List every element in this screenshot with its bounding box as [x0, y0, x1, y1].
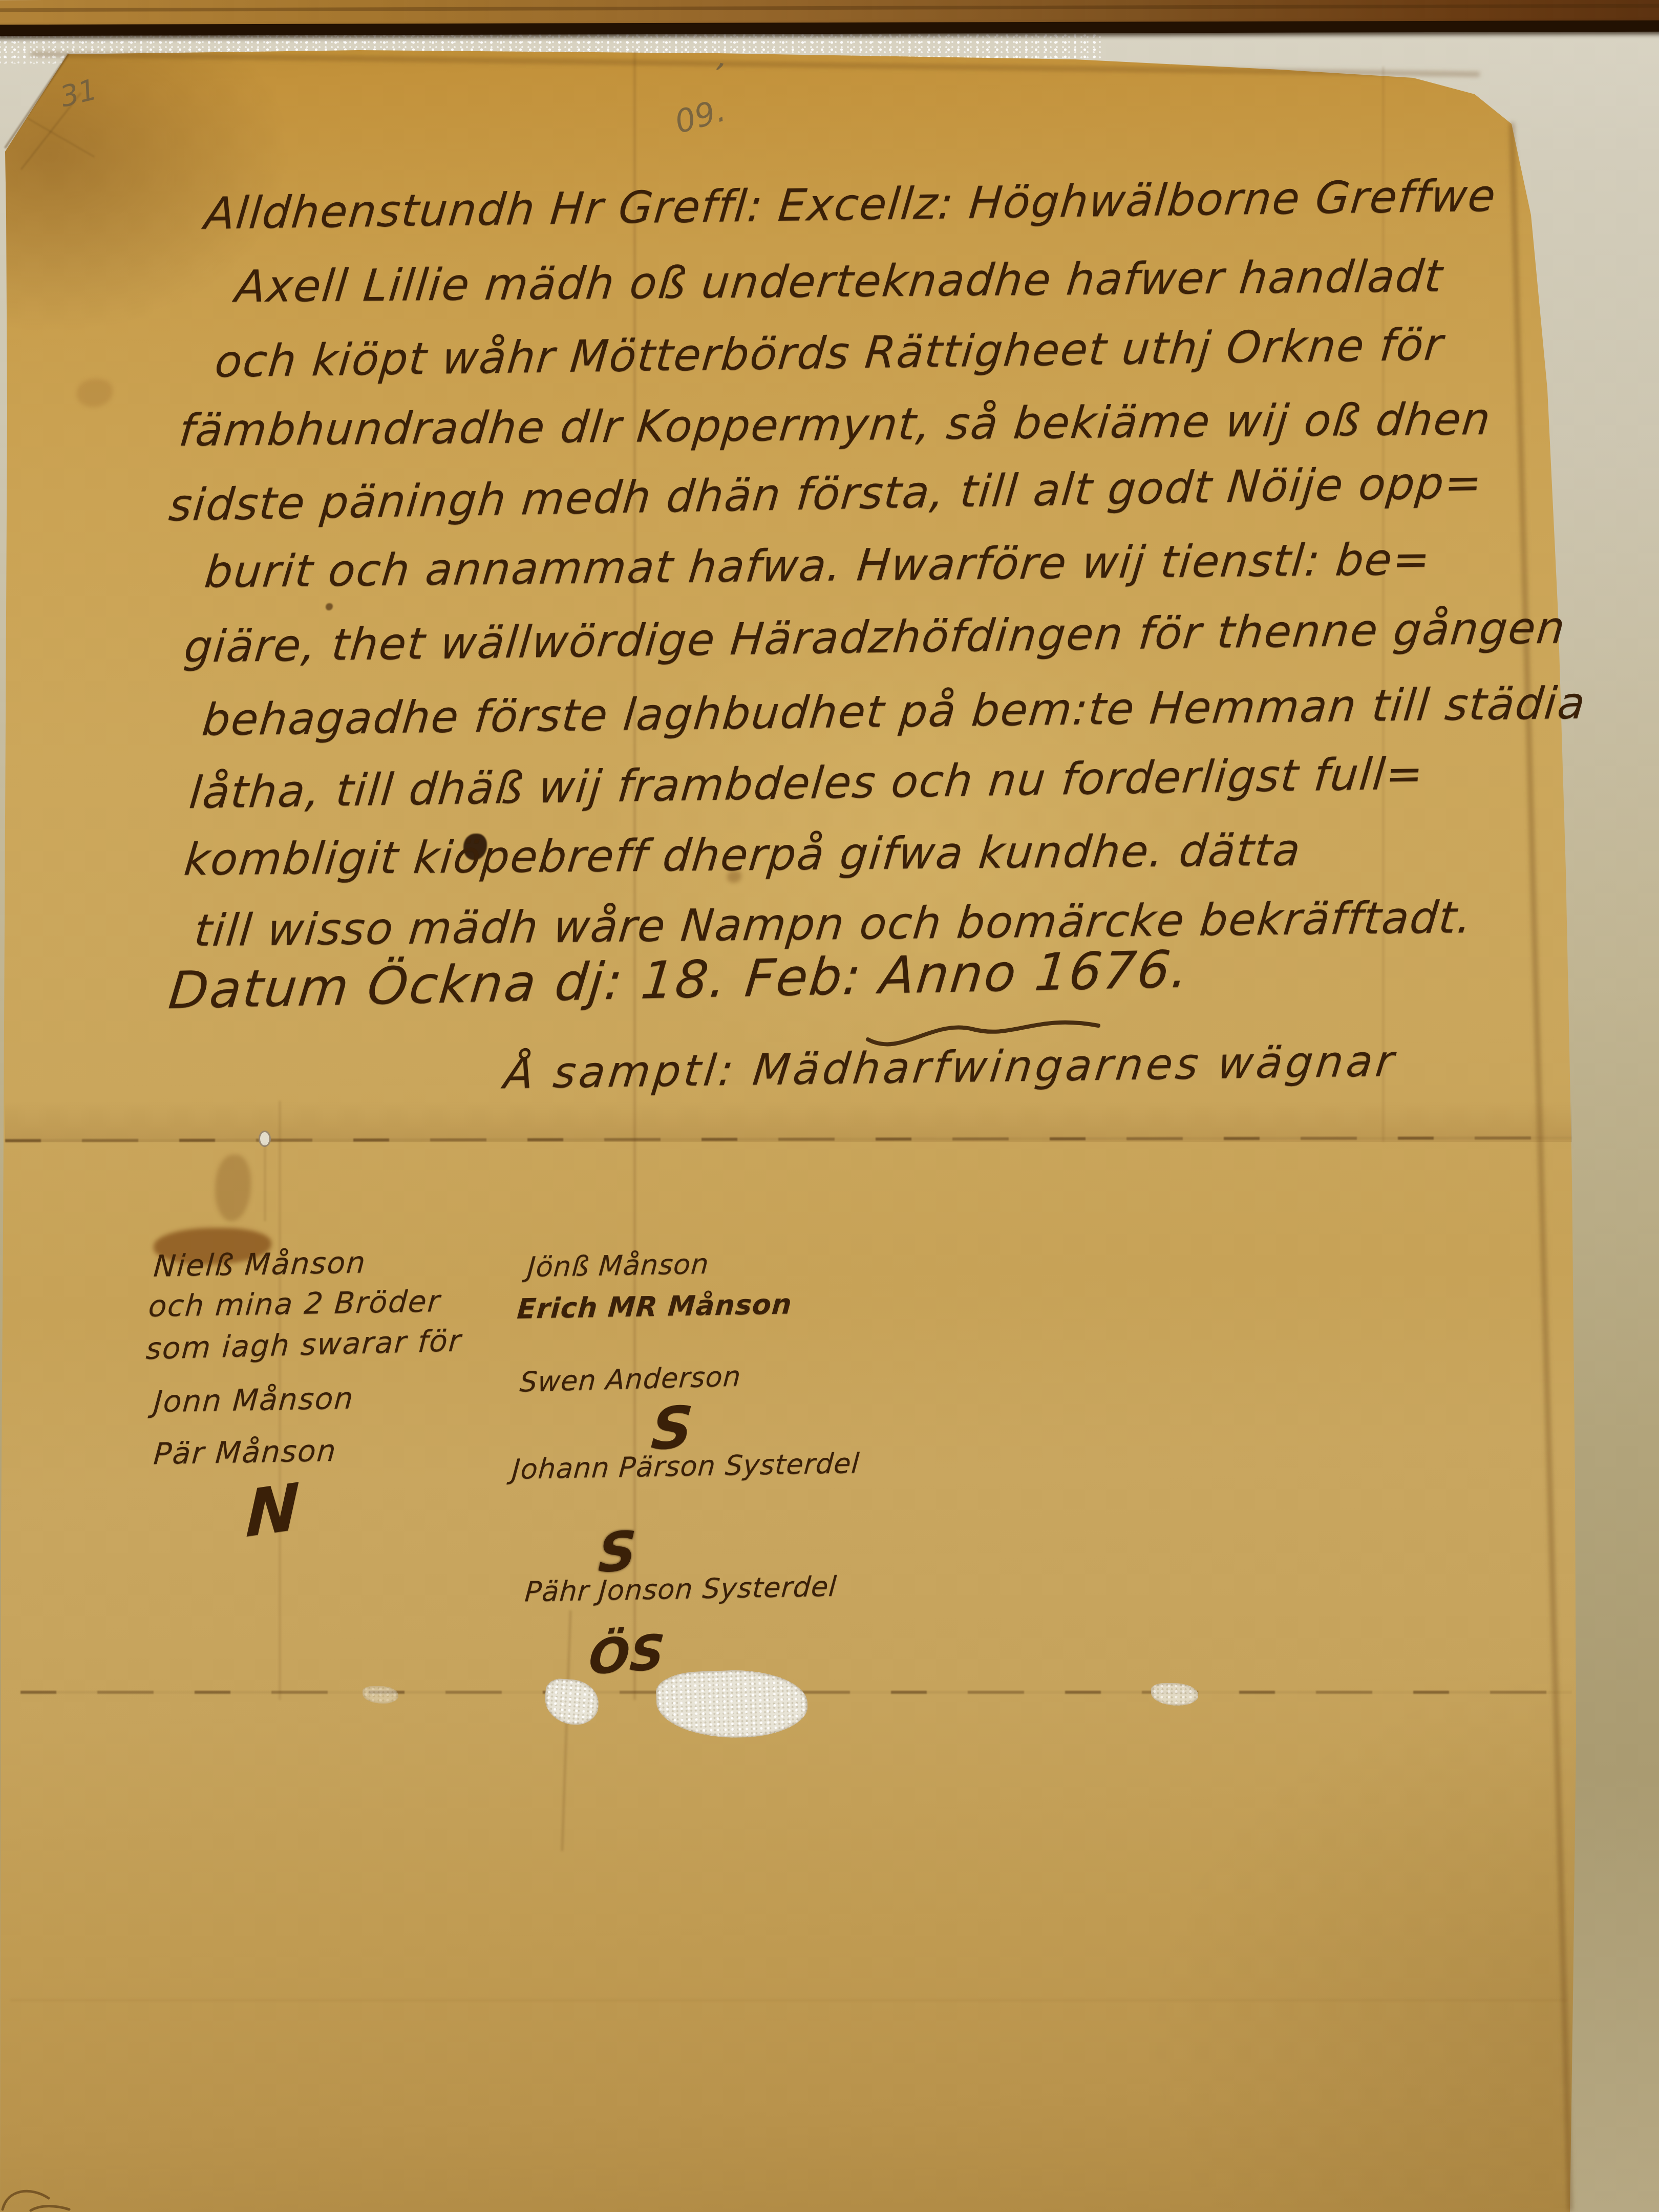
- signature-line: och mina 2 Bröder: [147, 1284, 442, 1324]
- signature-line: Jonn Månson: [153, 1381, 355, 1419]
- bomarke-OS: ÖS: [587, 1624, 666, 1686]
- letter-line: kombligit kiöpebreff dherpå gifwa kundhe…: [182, 824, 1303, 885]
- crack-below-hole: [264, 1144, 266, 1221]
- signature-name: Swen Anderson: [519, 1360, 742, 1398]
- signature-line: Pär Månson: [153, 1433, 338, 1471]
- signature-name: Johann Pärson Systerdel: [511, 1447, 861, 1485]
- bomarke-N: N: [245, 1470, 301, 1552]
- fold-shadow-band: [5, 1101, 1572, 1142]
- signature-name: Pähr Jonson Systerdel: [524, 1570, 838, 1608]
- signature-line: Nielß Månson: [153, 1245, 368, 1283]
- letter-line: Axell Lillie mädh oß underteknadhe hafwe…: [233, 251, 1445, 313]
- faint-crease-bottom: [10, 2000, 1567, 2001]
- corner-pen-mark: [0, 2179, 72, 2212]
- signature-name: Jönß Månson: [526, 1248, 710, 1283]
- signature-name: Erich MR Månson: [516, 1288, 793, 1325]
- document-photo: 31 09. ’ Alldhenstundh Hr Greffl: Excell…: [0, 0, 1659, 2212]
- vertical-crease-right: [1382, 67, 1384, 1142]
